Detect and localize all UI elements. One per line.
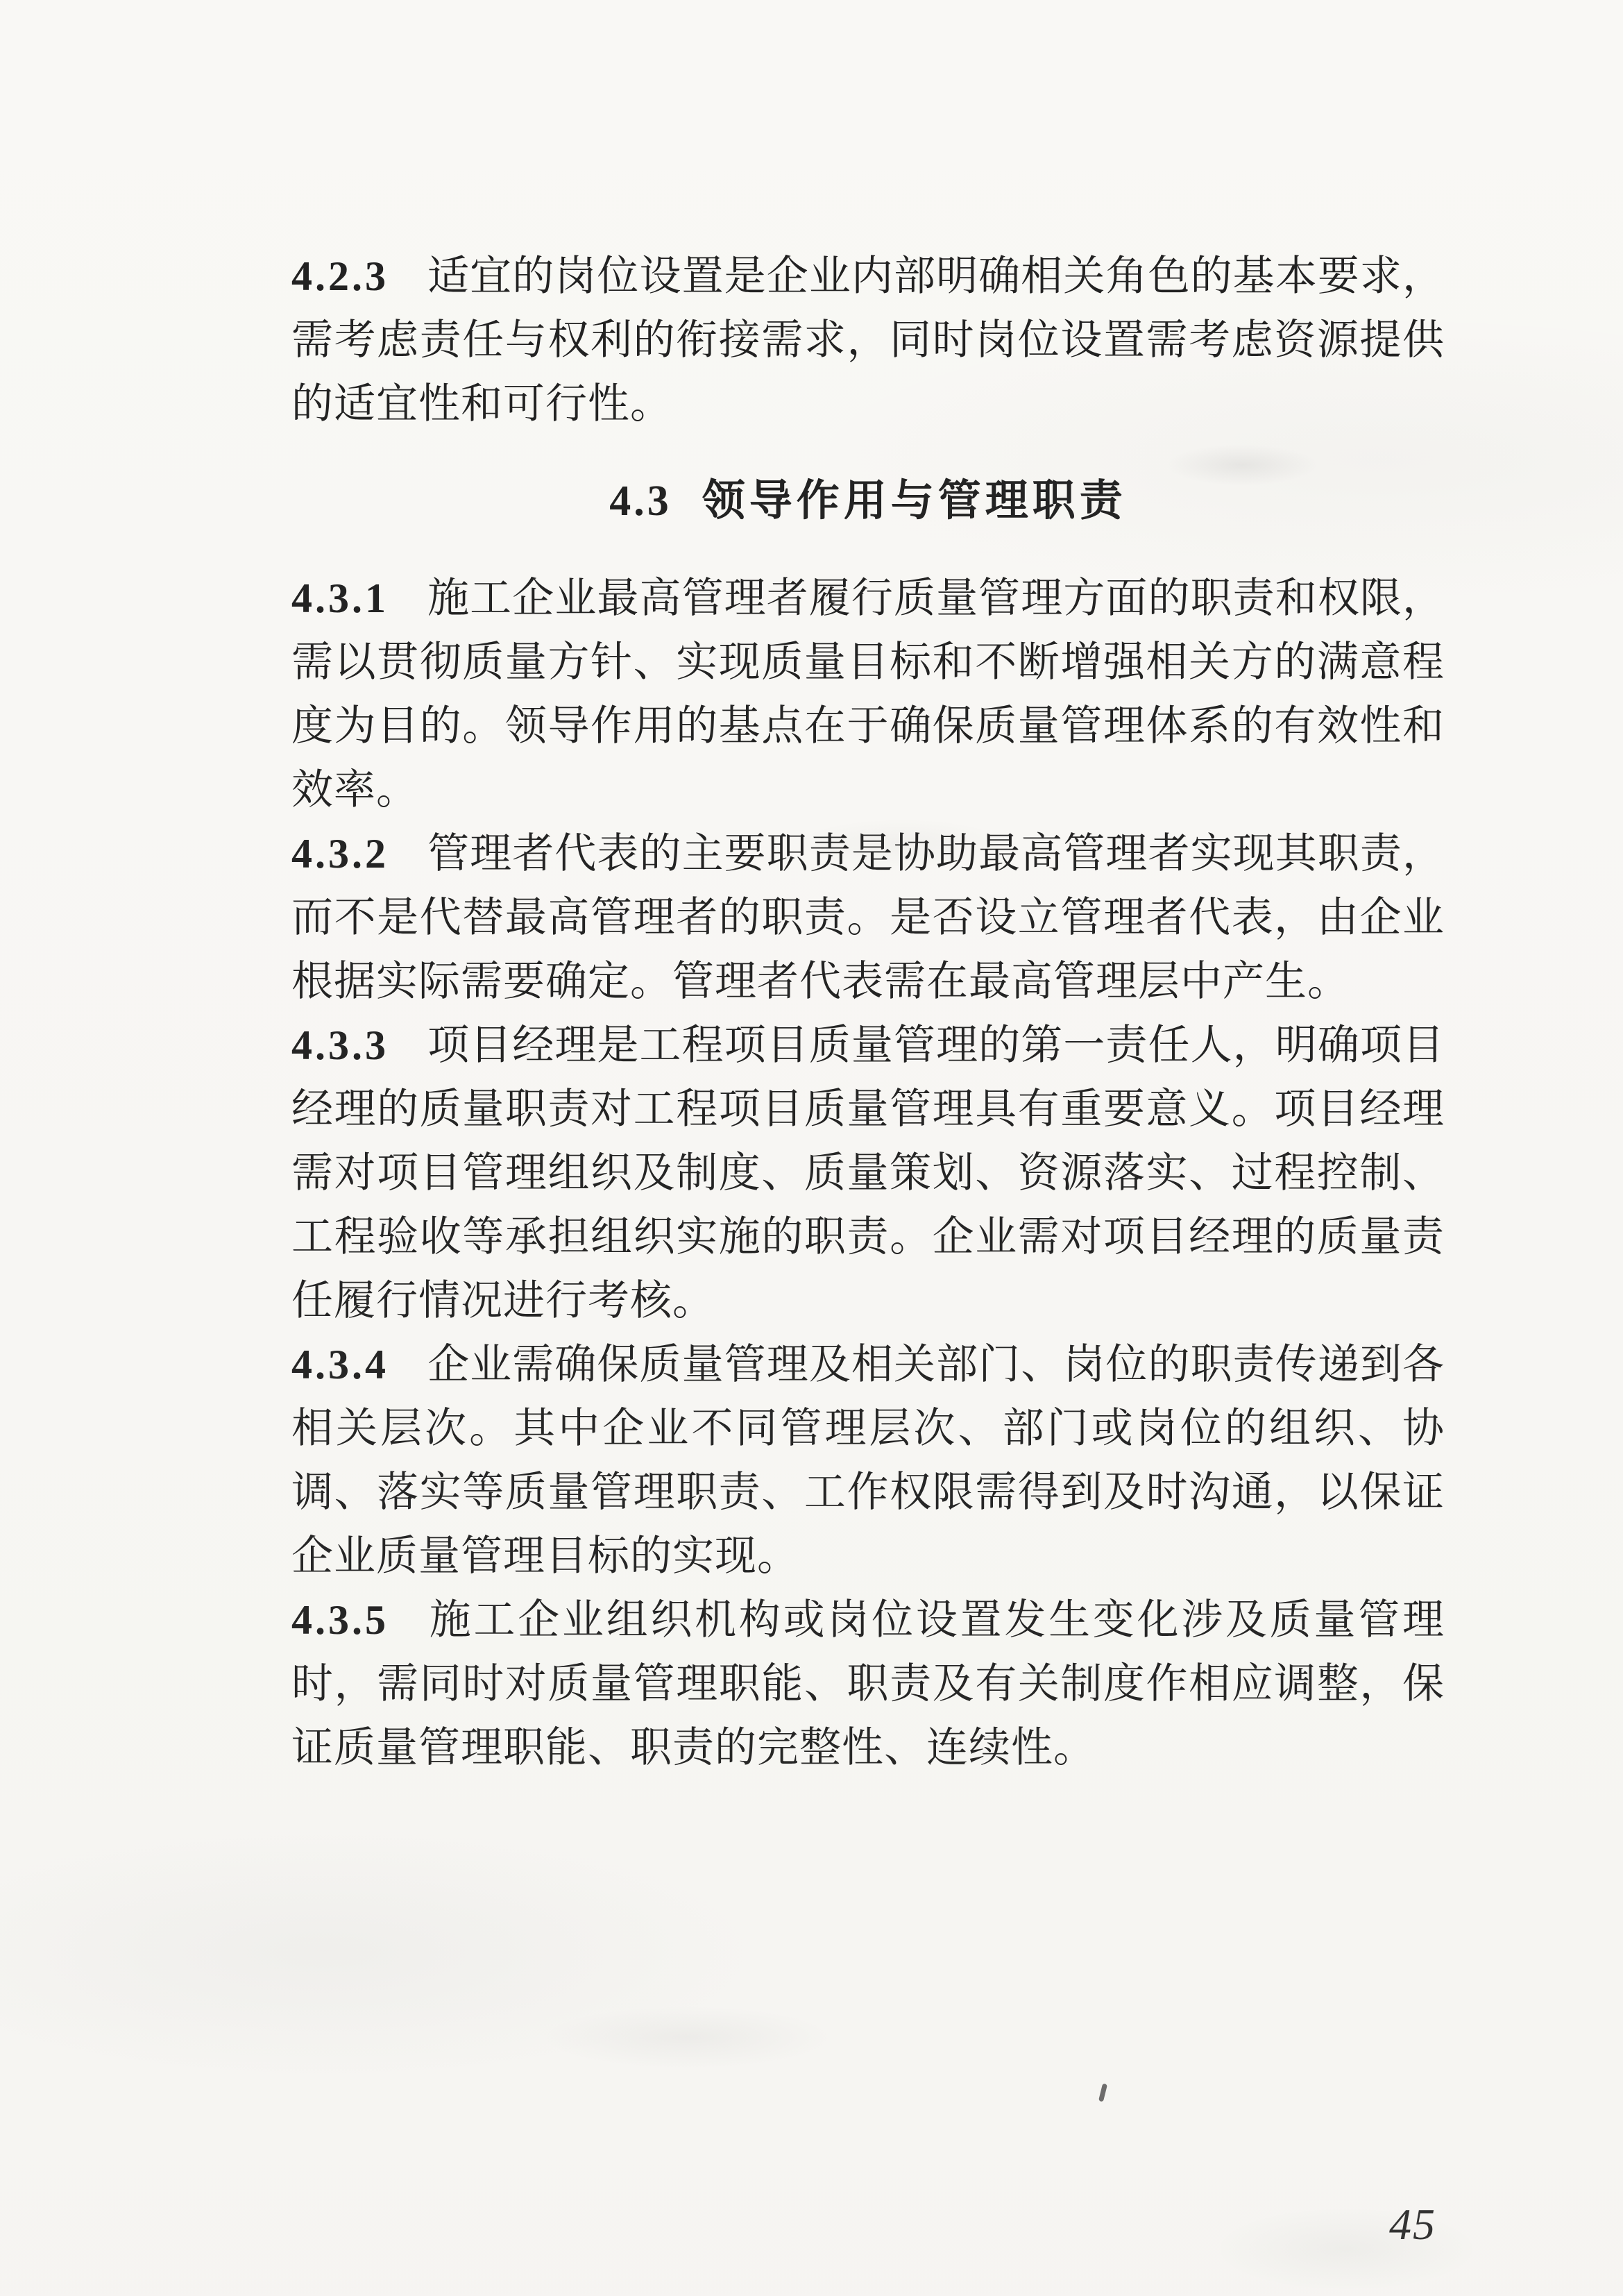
- scan-artifact: [1098, 2084, 1107, 2102]
- scan-artifact: [541, 2006, 833, 2068]
- clause-number: 4.3.4: [291, 1342, 389, 1387]
- clause-text: 施工企业最高管理者履行质量管理方面的职责和权限，需以贯彻质量方针、实现质量目标和…: [291, 575, 1445, 813]
- scanned-document-page: 4.2.3适宜的岗位设置是企业内部明确相关角色的基本要求，需考虑责任与权利的衔接…: [0, 0, 1623, 2296]
- clause-text: 企业需确保质量管理及相关部门、岗位的职责传递到各相关层次。其中企业不同管理层次、…: [291, 1342, 1445, 1579]
- page-number: 45: [1389, 2199, 1436, 2250]
- paragraph-4-3-4: 4.3.4企业需确保质量管理及相关部门、岗位的职责传递到各相关层次。其中企业不同…: [291, 1333, 1445, 1588]
- scan-artifact: [1214, 2207, 1478, 2290]
- paragraph-4-3-5: 4.3.5施工企业组织机构或岗位设置发生变化涉及质量管理时，需同时对质量管理职能…: [291, 1588, 1445, 1780]
- section-heading-number: 4.3: [609, 478, 672, 525]
- paragraph-4-3-2: 4.3.2管理者代表的主要职责是协助最高管理者实现其职责，而不是代替最高管理者的…: [291, 822, 1445, 1013]
- paragraph-4-3-1: 4.3.1施工企业最高管理者履行质量管理方面的职责和权限，需以贯彻质量方针、实现…: [291, 566, 1445, 822]
- clause-text: 管理者代表的主要职责是协助最高管理者实现其职责，而不是代替最高管理者的职责。是否…: [291, 831, 1445, 1004]
- clause-number: 4.3.1: [291, 575, 389, 621]
- clause-text: 施工企业组织机构或岗位设置发生变化涉及质量管理时，需同时对质量管理职能、职责及有…: [291, 1597, 1445, 1771]
- paragraph-4-3-3: 4.3.3项目经理是工程项目质量管理的第一责任人，明确项目经理的质量职责对工程项…: [291, 1013, 1445, 1333]
- clause-text: 项目经理是工程项目质量管理的第一责任人，明确项目经理的质量职责对工程项目质量管理…: [291, 1022, 1445, 1324]
- clause-number: 4.3.2: [291, 831, 389, 877]
- paragraph-4-2-3: 4.2.3适宜的岗位设置是企业内部明确相关角色的基本要求，需考虑责任与权利的衔接…: [291, 244, 1445, 436]
- clause-number: 4.3.3: [291, 1022, 389, 1068]
- section-heading: 4.3领导作用与管理职责: [291, 468, 1445, 534]
- clause-number: 4.3.5: [291, 1597, 389, 1643]
- clause-text: 适宜的岗位设置是企业内部明确相关角色的基本要求，需考虑责任与权利的衔接需求，同时…: [291, 253, 1445, 427]
- clause-number: 4.2.3: [291, 253, 389, 299]
- section-heading-title: 领导作用与管理职责: [702, 477, 1127, 525]
- text-column: 4.2.3适宜的岗位设置是企业内部明确相关角色的基本要求，需考虑责任与权利的衔接…: [291, 244, 1445, 1780]
